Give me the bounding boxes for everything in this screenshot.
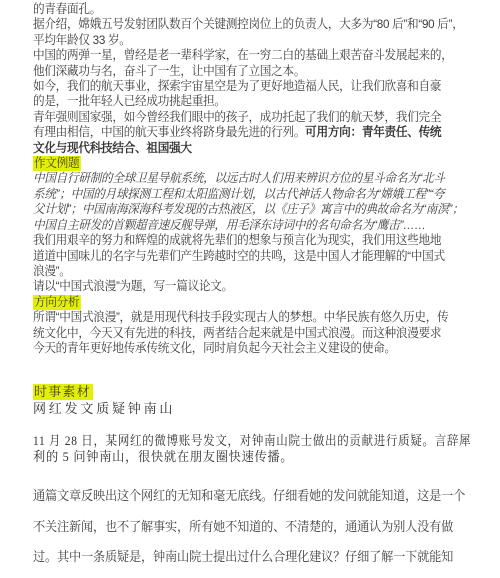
text-segment: 中国的两弹一星，曾经是老一辈科学家，在一穷二白的基础上艰苦奋斗发展起来的，: [33, 48, 453, 62]
text-segment: 文化与现代科技结合、祖国强大: [33, 141, 192, 155]
text-segment: 据介绍，嫦娥五号发射团队数百个关键测控岗位上的负责人，大多为“80 后”和“90…: [33, 17, 464, 31]
text-segment: 浪漫”。: [33, 264, 71, 278]
commentary-section: 通篇文章反映出这个网红的无知和毫无底线。仔细看她的发问就能知道，这是一个不关注新…: [33, 481, 500, 573]
text-line: 通篇文章反映出这个网红的无知和毫无底线。仔细看她的发问就能知道，这是一个: [33, 481, 471, 512]
text-line: 有理由相信，中国的航天事业终将跻身最先进的行列。可用方向：青年责任、传统: [33, 125, 471, 140]
text-line: 系统”；中国的月球探测工程和太阳监测计划，以古代神话人物命名为“嫦娥工程”“夸: [33, 187, 471, 202]
text-line: 青年强则国家强，如今曾经我们眼中的孩子，成功托起了我们的航天梦，我们完全: [33, 110, 471, 125]
text-segment: 平均年龄仅 33 岁。: [33, 33, 131, 47]
text-line: 父计划”；中国南海深海科考发现的古热液区，以《庄子》寓言中的典故命名为“南溟”；: [33, 202, 471, 217]
highlight-label: 方向分析: [33, 295, 81, 310]
essay-material-section: 的青春面孔。据介绍，嫦娥五号发射团队数百个关键测控岗位上的负责人，大多为“80 …: [33, 2, 500, 356]
text-line: 文化与现代科技结合、祖国强大: [33, 141, 471, 156]
text-line: 道道中国味儿的名字与先辈们产生跨越时空的共鸣，这是中国人才能理解的“中国式: [33, 249, 471, 264]
text-segment: 中国自行研制的全球卫星导航系统，以远古时人们用来辨识方位的星斗命名为“北斗: [33, 171, 445, 185]
text-segment: 请以“中国式浪漫”为题，写一篇议论文。: [33, 279, 233, 293]
text-segment: 今天的青年更好地传承传统文化，同时肩负起今天社会主义建设的使命。: [33, 341, 396, 355]
text-line: 他们深藏功与名，奋斗了一生，让中国有了立国之本。: [33, 64, 471, 79]
text-segment: 我们用艰辛的努力和辉煌的成就将先辈们的想象与预言化为现实，我们用这些地地: [33, 233, 441, 247]
highlight-label: 时事素材: [33, 384, 93, 400]
text-line: 时事素材: [33, 384, 500, 401]
text-segment: 青年强则国家强，如今曾经我们眼中的孩子，成功托起了我们的航天梦，我们完全: [33, 110, 441, 124]
text-segment: 统文化中，今天又有先进的科技，两者结合起来就是中国式浪漫。而这种浪漫要求: [33, 326, 441, 340]
text-segment: 中国自主研发的首颗超音速反舰导弹，用毛泽东诗词中的名句命名为“鹰击”……: [33, 218, 426, 232]
highlight-label: 作文例题: [33, 156, 81, 171]
text-line: 11 月 28 日，某网红的微博账号发文，对钟南山院士做出的贡献进行质疑。言辞犀: [33, 433, 445, 450]
text-line: 如今，我们的航天事业，探索宇宙星空是为了更好地造福人民，让我们欣喜和自豪: [33, 79, 471, 94]
text-line: 所谓“中国式浪漫”，就是用现代科技手段实现古人的梦想。中华民族有悠久历史，传: [33, 310, 471, 325]
text-line: 据介绍，嫦娥五号发射团队数百个关键测控岗位上的负责人，大多为“80 后”和“90…: [33, 17, 471, 32]
text-segment: 可用方向：青年责任、传统: [305, 125, 441, 139]
text-line: 中国的两弹一星，曾经是老一辈科学家，在一穷二白的基础上艰苦奋斗发展起来的，: [33, 48, 471, 63]
text-segment: 他们深藏功与名，奋斗了一生，让中国有了立国之本。: [33, 64, 305, 78]
text-line: 的是，一批年轻人已经成功挑起重担。: [33, 94, 471, 109]
text-segment: 父计划”；中国南海深海科考发现的古热液区，以《庄子》寓言中的典故命名为“南溟”；: [33, 202, 463, 216]
blank-line: [33, 418, 500, 433]
text-line: 过。其中一条质疑是，钟南山院士提出过什么合理化建议？仔细了解一下就能知: [33, 542, 471, 573]
text-segment: 所谓“中国式浪漫”，就是用现代科技手段实现古人的梦想。中华民族有悠久历史，传: [33, 310, 448, 324]
text-line: 方向分析: [33, 295, 471, 310]
text-segment: 有理由相信，中国的航天事业终将跻身最先进的行列。: [33, 125, 305, 139]
text-line: 统文化中，今天又有先进的科技，两者结合起来就是中国式浪漫。而这种浪漫要求: [33, 326, 471, 341]
news-body: 11 月 28 日，某网红的微博账号发文，对钟南山院士做出的贡献进行质疑。言辞犀…: [33, 433, 500, 467]
text-line: 我们用艰辛的努力和辉煌的成就将先辈们的想象与预言化为现实，我们用这些地地: [33, 233, 471, 248]
text-line: 浪漫”。: [33, 264, 471, 279]
text-segment: 道道中国味儿的名字与先辈们产生跨越时空的共鸣，这是中国人才能理解的“中国式: [33, 249, 445, 263]
text-line: 今天的青年更好地传承传统文化，同时肩负起今天社会主义建设的使命。: [33, 341, 471, 356]
text-line: 作文例题: [33, 156, 471, 171]
text-line: 中国自行研制的全球卫星导航系统，以远古时人们用来辨识方位的星斗命名为“北斗: [33, 171, 471, 186]
text-segment: 的青春面孔。: [33, 2, 101, 16]
text-line: 请以“中国式浪漫”为题，写一篇议论文。: [33, 279, 471, 294]
text-line: 利的 5 问钟南山，很快就在朋友圈快速传播。: [33, 449, 471, 466]
text-segment: 的是，一批年轻人已经成功挑起重担。: [33, 94, 226, 108]
text-line: 平均年龄仅 33 岁。: [33, 33, 471, 48]
text-segment: 如今，我们的航天事业，探索宇宙星空是为了更好地造福人民，让我们欣喜和自豪: [33, 79, 441, 93]
text-segment: 系统”；中国的月球探测工程和太阳监测计划，以古代神话人物命名为“嫦娥工程”“夸: [33, 187, 444, 201]
text-line: 不关注新闻，也不了解事实，所有她不知道的、不清楚的，通通认为别人没有做: [33, 512, 471, 543]
news-material-section: 时事素材 网红发文质疑钟南山 11 月 28 日，某网红的微博账号发文，对钟南山…: [33, 384, 500, 466]
news-subtitle: 网红发文质疑钟南山: [33, 401, 500, 418]
text-line: 的青春面孔。: [33, 2, 471, 17]
document-page: 的青春面孔。据介绍，嫦娥五号发射团队数百个关键测控岗位上的负责人，大多为“80 …: [0, 0, 500, 578]
text-line: 中国自主研发的首颗超音速反舰导弹，用毛泽东诗词中的名句命名为“鹰击”……: [33, 218, 471, 233]
